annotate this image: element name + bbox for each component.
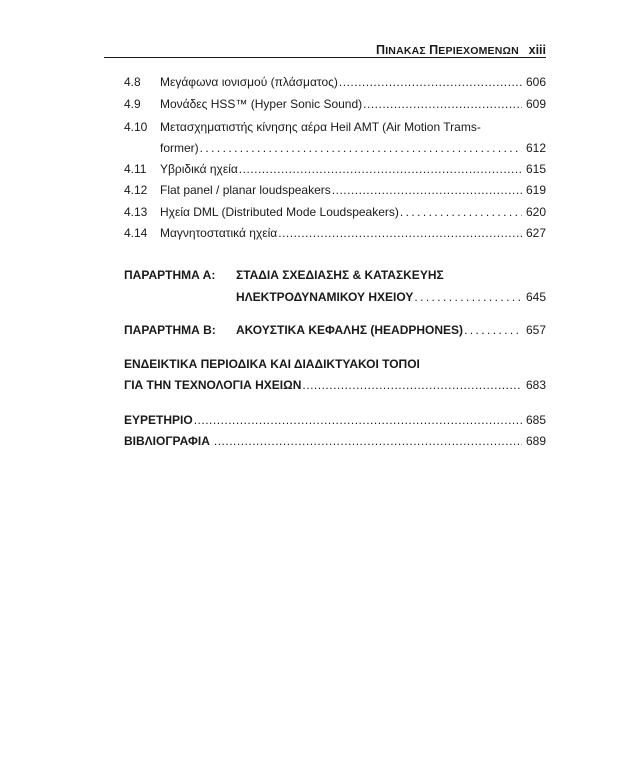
- section-title-continued: former): [160, 140, 199, 156]
- leader-dots: [194, 412, 522, 428]
- back-matter-title-continued: ΓΙΑ ΤΗΝ ΤΕΧΝΟΛΟΓΙΑ ΗΧΕΙΩΝ: [124, 377, 301, 393]
- page-number: 657: [524, 322, 546, 338]
- back-matter-title: ΕΝΔΕΙΚΤΙΚΑ ΠΕΡΙΟΔΙΚΑ ΚΑΙ ΔΙΑΔΙΚΤΥΑΚΟΙ ΤΟ…: [124, 356, 420, 372]
- section-title: Μονάδες HSS™ (Hyper Sonic Sound): [160, 96, 362, 112]
- page-number: 689: [524, 433, 546, 449]
- header-title-initial: Π: [429, 43, 438, 57]
- toc-entry[interactable]: 4.8 Μεγάφωνα ιονισμού (πλάσματος) 606: [124, 74, 546, 90]
- header-title: ΠΙΝΑΚΑΣ ΠΕΡΙΕΧΟΜΕΝΩΝ: [376, 43, 523, 57]
- section-number: 4.13: [124, 204, 160, 220]
- page-number: 627: [524, 225, 546, 241]
- page-number: 609: [524, 96, 546, 112]
- toc-periodicals[interactable]: ΕΝΔΕΙΚΤΙΚΑ ΠΕΡΙΟΔΙΚΑ ΚΑΙ ΔΙΑΔΙΚΤΥΑΚΟΙ ΤΟ…: [124, 356, 546, 372]
- leader-dots: [278, 225, 522, 241]
- leader-dots: [239, 161, 522, 177]
- appendix-label: ΠΑΡΑΡΤΗΜΑ Β:: [124, 322, 236, 338]
- leader-dots: [339, 74, 522, 90]
- appendix-title-continued: ΗΛΕΚΤΡΟΔΥΝΑΜΙΚΟΥ ΗΧΕΙΟΥ: [236, 289, 413, 305]
- header-page-number: xiii: [529, 43, 546, 57]
- appendix-label: ΠΑΡΑΡΤΗΜΑ Α:: [124, 267, 236, 283]
- appendix-title: ΣΤΑΔΙΑ ΣΧΕΔΙΑΣΗΣ & ΚΑΤΑΣΚΕΥΗΣ: [236, 267, 444, 283]
- section-number: 4.11: [124, 161, 160, 177]
- page-number: 612: [524, 140, 546, 156]
- leader-dots: [363, 96, 522, 112]
- toc-entry[interactable]: 4.10 Μετασχηματιστής κίνησης αέρα Heil A…: [124, 119, 546, 135]
- page-number: 606: [524, 74, 546, 90]
- leader-dots: [464, 322, 522, 338]
- toc-entry[interactable]: 4.11 Υβριδικά ηχεία 615: [124, 161, 546, 177]
- header-title-rest: ΙΝΑΚΑΣ: [385, 45, 429, 57]
- appendix-title: ΑΚΟΥΣΤΙΚΑ ΚΕΦΑΛΗΣ (HEADPHONES): [236, 322, 463, 338]
- leader-dots: [414, 289, 522, 305]
- toc-index[interactable]: ΕΥΡΕΤΗΡΙΟ 685: [124, 412, 546, 428]
- leader-dots: [400, 204, 522, 220]
- header-title-initial: Π: [376, 43, 385, 57]
- toc-entry-continuation[interactable]: former) 612: [160, 140, 546, 156]
- leader-dots: [332, 182, 522, 198]
- section-number: 4.12: [124, 182, 160, 198]
- page-number: 619: [524, 182, 546, 198]
- toc-appendix-a-continuation[interactable]: ΗΛΕΚΤΡΟΔΥΝΑΜΙΚΟΥ ΗΧΕΙΟΥ 645: [236, 289, 546, 305]
- section-title: Υβριδικά ηχεία: [160, 161, 238, 177]
- section-number: 4.8: [124, 74, 160, 90]
- section-title: Μετασχηματιστής κίνησης αέρα Heil AMT (A…: [160, 119, 481, 135]
- section-number: 4.9: [124, 96, 160, 112]
- page-number: 683: [524, 377, 546, 393]
- back-matter-title: ΒΙΒΛΙΟΓΡΑΦΙΑ: [124, 433, 210, 449]
- toc-bibliography[interactable]: ΒΙΒΛΙΟΓΡΑΦΙΑ 689: [124, 433, 546, 449]
- page-number: 615: [524, 161, 546, 177]
- toc-entry[interactable]: 4.9 Μονάδες HSS™ (Hyper Sonic Sound) 609: [124, 96, 546, 112]
- toc-entry[interactable]: 4.14 Μαγνητοστατικά ηχεία 627: [124, 225, 546, 241]
- section-title: Μεγάφωνα ιονισμού (πλάσματος): [160, 74, 338, 90]
- header-title-rest: ΕΡΙΕΧΟΜΕΝΩΝ: [438, 45, 519, 57]
- leader-dots: [214, 433, 522, 449]
- toc-appendix-b[interactable]: ΠΑΡΑΡΤΗΜΑ Β: ΑΚΟΥΣΤΙΚΑ ΚΕΦΑΛΗΣ (HEADPHON…: [124, 322, 546, 338]
- section-number: 4.10: [124, 119, 160, 135]
- toc-appendix-a[interactable]: ΠΑΡΑΡΤΗΜΑ Α: ΣΤΑΔΙΑ ΣΧΕΔΙΑΣΗΣ & ΚΑΤΑΣΚΕΥ…: [124, 267, 546, 283]
- leader-dots: [200, 140, 522, 156]
- leader-dots: [302, 377, 522, 393]
- toc-entry[interactable]: 4.13 Ηχεία DML (Distributed Mode Loudspe…: [124, 204, 546, 220]
- running-header: ΠΙΝΑΚΑΣ ΠΕΡΙΕΧΟΜΕΝΩΝ xiii: [104, 41, 546, 58]
- page-number: 620: [524, 204, 546, 220]
- section-title: Ηχεία DML (Distributed Mode Loudspeakers…: [160, 204, 399, 220]
- page-number: 685: [524, 412, 546, 428]
- toc-periodicals-continuation[interactable]: ΓΙΑ ΤΗΝ ΤΕΧΝΟΛΟΓΙΑ ΗΧΕΙΩΝ 683: [124, 377, 546, 393]
- back-matter-title: ΕΥΡΕΤΗΡΙΟ: [124, 412, 193, 428]
- section-title: Μαγνητοστατικά ηχεία: [160, 225, 277, 241]
- page-number: 645: [524, 289, 546, 305]
- toc-entry[interactable]: 4.12 Flat panel / planar loudspeakers 61…: [124, 182, 546, 198]
- section-number: 4.14: [124, 225, 160, 241]
- section-title: Flat panel / planar loudspeakers: [160, 182, 331, 198]
